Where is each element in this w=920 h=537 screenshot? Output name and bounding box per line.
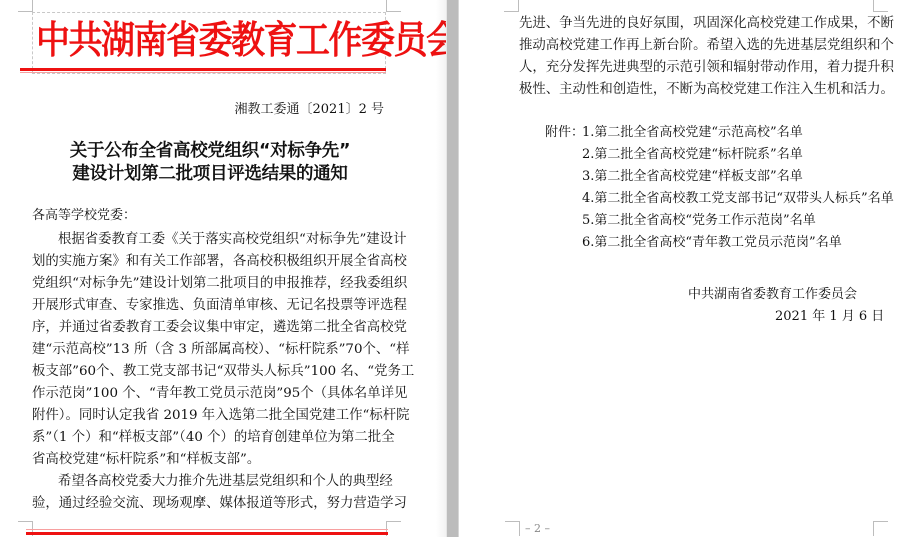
attachment-item: 1.第二批全省高校党建“示范高校”名单 [582, 124, 803, 142]
body-line: 系”（1 个）和“样板支部”（40 个）的培育创建单位为第二批全 [32, 429, 386, 447]
red-header-rule-shadow [20, 72, 386, 73]
red-header-rule [20, 68, 386, 71]
crop-mark [386, 521, 401, 536]
salutation: 各高等学校党委： [32, 207, 136, 225]
body-line: 附件）。同时认定我省 2019 年入选第二批全国党建工作“标杆院 [32, 407, 386, 425]
attachment-item: 4.第二批全省高校教工党支部书记“双带头人标兵”名单 [582, 190, 894, 208]
body-line: 根据省委教育工委《关于落实高校党组织“对标争先”建设计 [58, 231, 386, 249]
red-footer-rule-shadow [26, 529, 388, 530]
red-header-title: 中共湖南省委教育工作委员会 [36, 15, 386, 67]
body-line: 板支部”60个、教工党支部书记“双带头人标兵”100 名、“党务工 [32, 363, 386, 381]
body-line: 先进、争当先进的良好氛围，巩固深化高校党建工作成果，不断 [519, 15, 873, 33]
notice-title-line-1: 关于公布全省高校党组织“对标争先” [30, 139, 390, 163]
red-footer-rule [26, 532, 388, 535]
notice-title-line-2: 建设计划第二批项目评选结果的通知 [30, 162, 390, 186]
crop-mark [505, 521, 520, 536]
page-gutter [446, 0, 459, 537]
body-line: 推动高校党建工作再上新台阶。希望入选的先进基层党组织和个 [519, 37, 873, 55]
body-line: 划的实施方案》和有关工作部署，各高校积极组织开展全省高校 [32, 253, 386, 271]
crop-mark [873, 521, 888, 536]
body-line: 建“示范高校”13 所（含 3 所部属高校）、“标杆院系”70个、“样 [32, 341, 386, 359]
page-shadow [436, 0, 446, 537]
crop-mark [504, 0, 519, 12]
crop-mark [18, 0, 33, 12]
body-line: 序，并通过省委教育工委会议集中审定，遴选第二批全省高校党 [32, 319, 386, 337]
document-page-2: 先进、争当先进的良好氛围，巩固深化高校党建工作成果，不断 推动高校党建工作再上新… [459, 0, 920, 537]
body-line: 验，通过经验交流、现场观摩、媒体报道等形式，努力营造学习 [32, 495, 386, 513]
attachment-item: 3.第二批全省高校党建“样板支部”名单 [582, 168, 803, 186]
body-line: 希望各高校党委大力推介先进基层党组织和个人的典型经 [58, 473, 386, 491]
attachment-item: 6.第二批全省高校“青年教工党员示范岗”名单 [582, 234, 842, 252]
body-line: 省高校党建“标杆院系”和“样板支部”。 [32, 451, 386, 469]
body-line: 人，充分发挥先进典型的示范引领和辐射带动作用，着力提升积 [519, 59, 873, 77]
crop-mark [873, 0, 888, 12]
body-line: 党组织“对标争先”建设计划第二批项目的申报推荐，经我委组织 [32, 275, 386, 293]
document-number: 湘教工委通〔2021〕2 号 [235, 101, 385, 119]
page-number: – 2 – [525, 522, 550, 536]
body-line: 作示范岗”100 个、“青年教工党员示范岗”95个（具体名单详见 [32, 385, 386, 403]
attachments-label: 附件： [545, 124, 584, 142]
document-page-1: 中共湖南省委教育工作委员会 湘教工委通〔2021〕2 号 关于公布全省高校党组织… [0, 0, 446, 537]
attachment-item: 2.第二批全省高校党建“标杆院系”名单 [582, 146, 803, 164]
body-line: 开展形式审查、专家推选、负面清单审核、无记名投票等评选程 [32, 297, 386, 315]
body-line: 极性、主动性和创造性，不断为高校党建工作注入生机和活力。 [519, 81, 873, 99]
crop-mark [386, 0, 401, 12]
attachment-item: 5.第二批全省高校“党务工作示范岗”名单 [582, 212, 816, 230]
signature-date: 2021 年 1 月 6 日 [775, 308, 884, 326]
signature-organization: 中共湖南省委教育工作委员会 [688, 286, 857, 304]
